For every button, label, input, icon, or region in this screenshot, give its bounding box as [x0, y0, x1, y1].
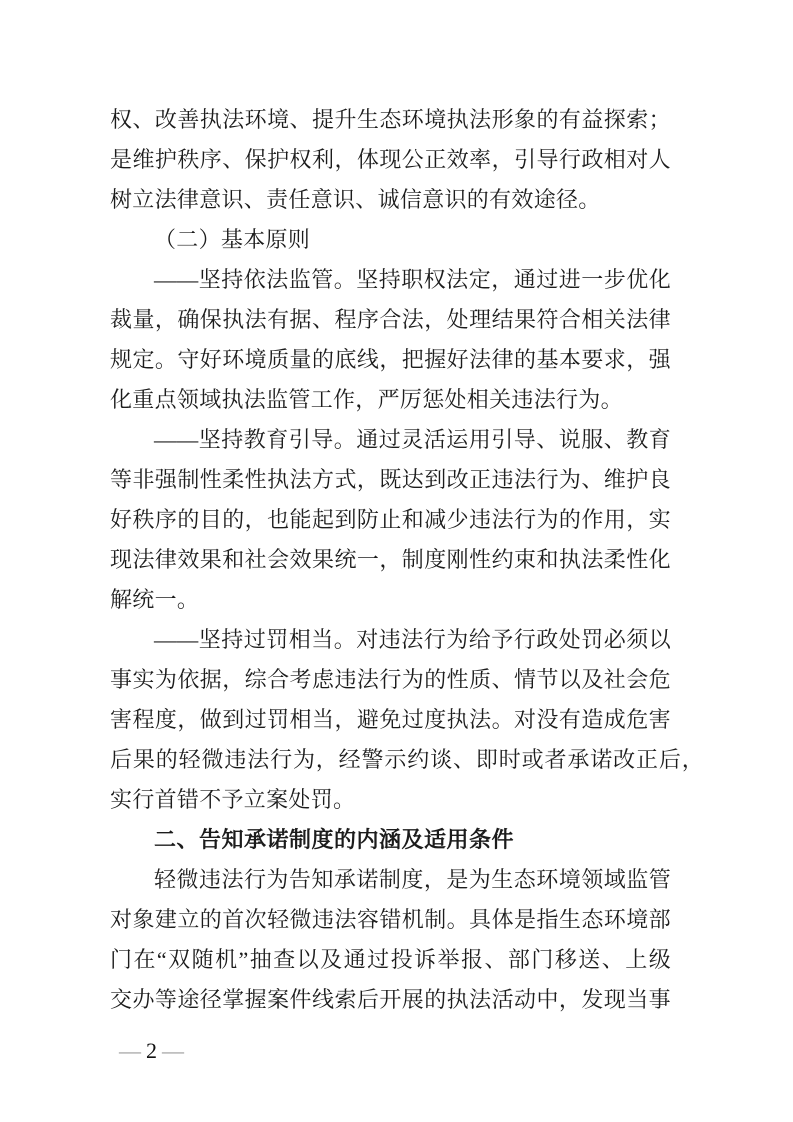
body-line paragraph-end: 解统一。 [110, 580, 671, 620]
body-line: 事实为依据，综合考虑违法行为的性质、情节以及社会危 [110, 660, 671, 700]
body-line: 好秩序的目的，也能起到防止和减少违法行为的作用，实 [110, 500, 671, 540]
body-line paragraph-end: 化重点领域执法监管工作，严厉惩处相关违法行为。 [110, 380, 671, 420]
body-line paragraph-end: 树立法律意识、责任意识、诚信意识的有效途径。 [110, 180, 671, 220]
page-number-footer: —2— [119, 1035, 184, 1067]
body-line: 现法律效果和社会效果统一，制度刚性约束和执法柔性化 [110, 540, 671, 580]
body-line paragraph-start: ——坚持教育引导。通过灵活运用引导、说服、教育 [110, 420, 671, 460]
document-body: 权、改善执法环境、提升生态环境执法形象的有益探索； 是维护秩序、保护权利，体现公… [110, 100, 671, 1020]
subsection-heading-basic-principles: （二）基本原则 [110, 220, 671, 260]
body-line: 是维护秩序、保护权利，体现公正效率，引导行政相对人 [110, 140, 671, 180]
body-line: 后果的轻微违法行为，经警示约谈、即时或者承诺改正后， [110, 740, 704, 780]
body-line paragraph-start: 轻微违法行为告知承诺制度，是为生态环境领域监管 [110, 860, 671, 900]
body-line paragraph-start: ——坚持依法监管。坚持职权法定，通过进一步优化 [110, 260, 671, 300]
body-line: 权、改善执法环境、提升生态环境执法形象的有益探索； [110, 100, 671, 140]
page-number-dash-right: — [162, 1038, 184, 1063]
body-line paragraph-end: 实行首错不予立案处罚。 [110, 780, 671, 820]
body-line paragraph-start: ——坚持过罚相当。对违法行为给予行政处罚必须以 [110, 620, 671, 660]
section-heading-notification-commitment: 二、告知承诺制度的内涵及适用条件 [110, 820, 671, 860]
body-line: 对象建立的首次轻微违法容错机制。具体是指生态环境部 [110, 900, 671, 940]
page-number: 2 [146, 1038, 157, 1063]
body-line: 等非强制性柔性执法方式，既达到改正违法行为、维护良 [110, 460, 671, 500]
body-line: 交办等途径掌握案件线索后开展的执法活动中，发现当事 [110, 980, 671, 1020]
body-line: 裁量，确保执法有据、程序合法，处理结果符合相关法律 [110, 300, 671, 340]
document-page: 权、改善执法环境、提升生态环境执法形象的有益探索； 是维护秩序、保护权利，体现公… [0, 0, 793, 1122]
body-line: 规定。守好环境质量的底线，把握好法律的基本要求，强 [110, 340, 671, 380]
page-number-dash-left: — [119, 1038, 141, 1063]
body-line: 门在“双随机”抽查以及通过投诉举报、部门移送、上级 [110, 940, 671, 980]
body-line: 害程度，做到过罚相当，避免过度执法。对没有造成危害 [110, 700, 671, 740]
